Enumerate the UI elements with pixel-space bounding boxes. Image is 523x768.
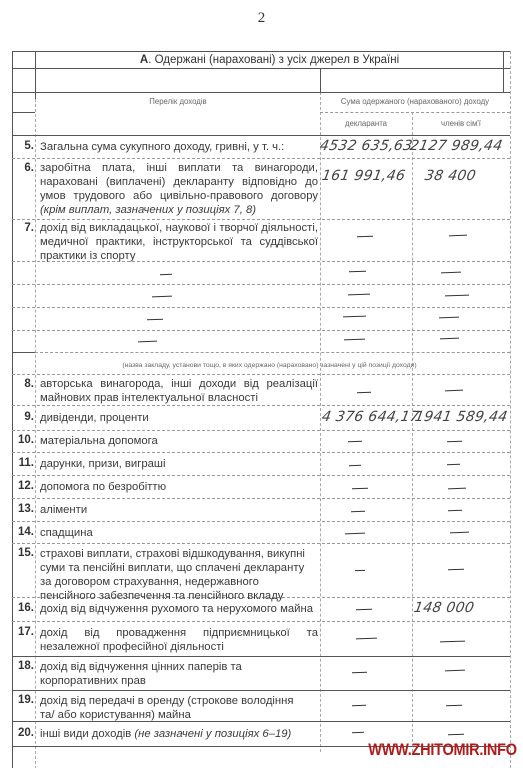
- row-number: 10.: [14, 434, 34, 446]
- divider: [12, 621, 510, 622]
- family-empty-dash: [449, 235, 467, 237]
- row-label: інші види доходів (не зазначені у позиці…: [40, 727, 318, 741]
- family-empty-dash: [447, 464, 460, 465]
- watermark: WWW.ZHITOMIR.INFO: [369, 741, 517, 760]
- declarant-empty-dash: [343, 316, 366, 318]
- row-label: дохід від передачі в оренду (строкове во…: [40, 694, 310, 722]
- family-empty-dash: [440, 641, 465, 643]
- family-empty-dash: [445, 390, 463, 392]
- divider: [12, 51, 510, 52]
- institution-note: (назва закладу, установи тощо, в яких од…: [36, 359, 503, 373]
- divider: [12, 430, 510, 431]
- family-empty-dash: [440, 338, 459, 340]
- section-title-text: . Одержані (нараховані) з усіх джерел в …: [148, 54, 399, 66]
- institution-dash: [138, 341, 157, 343]
- declarant-value: 4 376 644,17: [321, 409, 421, 425]
- row-label-text: інші види доходів: [40, 728, 131, 740]
- row-number: 15.: [14, 547, 34, 559]
- family-empty-dash: [447, 441, 462, 443]
- divider: [12, 135, 510, 136]
- row-number: 19.: [14, 694, 34, 706]
- row-label: дохід від викладацької, наукової і творч…: [40, 221, 318, 263]
- divider: [12, 690, 510, 691]
- declarant-empty-dash: [349, 271, 366, 273]
- row-number: 7.: [14, 222, 34, 234]
- divider: [12, 521, 510, 522]
- row-label: страхові виплати, страхові відшкодування…: [40, 547, 315, 603]
- row-label: допомога по безробіттю: [40, 480, 318, 494]
- divider: [12, 284, 510, 285]
- divider: [12, 452, 510, 453]
- divider: [35, 99, 36, 768]
- row-label: дарунки, призи, виграші: [40, 457, 318, 471]
- declarant-empty-dash: [344, 339, 365, 341]
- family-empty-dash: [448, 488, 466, 490]
- declarant-empty-dash: [348, 294, 370, 296]
- divider: [12, 219, 510, 220]
- family-empty-dash: [450, 532, 469, 534]
- section-title: А. Одержані (нараховані) з усіх джерел в…: [36, 53, 503, 67]
- family-empty-dash: [439, 317, 459, 319]
- row-number: 18.: [14, 660, 34, 672]
- row-label: аліменти: [40, 503, 318, 517]
- divider: [12, 475, 510, 476]
- divider: [320, 112, 510, 113]
- row-number: 14.: [14, 526, 34, 538]
- family-empty-dash: [448, 569, 464, 571]
- declarant-empty-dash: [356, 638, 377, 640]
- row-number: 6.: [14, 162, 34, 174]
- section-letter: А: [140, 54, 148, 66]
- row-number: 17.: [14, 626, 34, 638]
- family-empty-dash: [446, 705, 462, 707]
- header-family: членів сім'ї: [412, 117, 510, 131]
- declarant-empty-dash: [349, 465, 361, 466]
- divider: [12, 374, 510, 375]
- row-label: дивіденди, проценти: [40, 411, 318, 425]
- row-label: матеріальна допомога: [40, 434, 318, 448]
- family-empty-dash: [441, 272, 461, 274]
- divider: [12, 498, 510, 499]
- row-label: дохід від відчуження рухомого та нерухом…: [40, 602, 318, 616]
- family-value: 1941 589,44: [414, 409, 509, 425]
- header-income-sum: Сума одержаного (нарахованого) доходу: [320, 95, 510, 109]
- declarant-empty-dash: [357, 236, 373, 238]
- border-right-inner: [503, 51, 504, 93]
- row-number: 20.: [14, 727, 34, 739]
- declarant-value: 161 991,46: [321, 168, 407, 184]
- family-empty-dash: [445, 295, 469, 297]
- declarant-empty-dash: [356, 609, 372, 611]
- family-empty-dash: [445, 670, 465, 672]
- family-empty-dash: [448, 510, 462, 511]
- row-label: дохід від провадження підприємницької та…: [40, 626, 318, 654]
- declarant-empty-dash: [352, 705, 366, 706]
- row-number: 5.: [14, 140, 34, 152]
- divider: [12, 68, 510, 69]
- divider: [12, 307, 510, 308]
- row-label: авторська винагорода, інші доходи від ре…: [40, 377, 318, 405]
- declarant-empty-dash: [348, 441, 362, 442]
- declarant-empty-dash: [352, 672, 367, 674]
- divider: [12, 656, 510, 657]
- row-label: Загальна сума сукупного доходу, гривні, …: [40, 140, 318, 154]
- row-label: заробітна плата, інші виплати та винагор…: [40, 161, 318, 217]
- row-label-note: (крім виплат, зазначених у позиціях 7, 8…: [40, 204, 256, 216]
- row-label: дохід від відчуження цінних паперів та к…: [40, 660, 315, 688]
- divider: [12, 352, 35, 353]
- institution-dash: [160, 274, 172, 275]
- declarant-empty-dash: [357, 392, 371, 393]
- row-number: 12.: [14, 480, 34, 492]
- institution-dash: [152, 296, 172, 298]
- header-declarant: декларанта: [320, 117, 412, 131]
- family-value: 148 000: [413, 600, 476, 616]
- divider: [12, 158, 510, 159]
- declarant-empty-dash: [352, 732, 364, 733]
- declarant-empty-dash: [351, 511, 365, 512]
- divider: [35, 352, 510, 353]
- family-value: 2127 989,44: [409, 138, 504, 154]
- declarant-empty-dash: [345, 533, 365, 535]
- row-label-text: заробітна плата, інші виплати та винагор…: [40, 162, 318, 202]
- row-number: 13.: [14, 503, 34, 515]
- institution-dash: [147, 319, 163, 321]
- header-income-list: Перелік доходів: [36, 95, 320, 109]
- divider: [12, 92, 510, 93]
- row-label-note: (не зазначені у позиціях 6–19): [134, 728, 291, 740]
- declarant-value: 4532 635,63: [319, 138, 414, 154]
- divider: [12, 543, 510, 544]
- declarant-empty-dash: [352, 488, 368, 490]
- row-label: спадщина: [40, 526, 318, 540]
- divider: [12, 112, 35, 113]
- divider: [12, 330, 510, 331]
- divider: [12, 405, 510, 406]
- family-value: 38 400: [424, 168, 478, 184]
- border-right: [510, 51, 511, 768]
- row-number: 9.: [14, 411, 34, 423]
- page-number: 2: [0, 10, 523, 27]
- row-number: 11.: [14, 457, 34, 469]
- row-number: 8.: [14, 378, 34, 390]
- family-empty-dash: [448, 734, 464, 736]
- declarant-empty-dash: [355, 570, 365, 571]
- row-number: 16.: [14, 602, 34, 614]
- divider: [320, 68, 321, 92]
